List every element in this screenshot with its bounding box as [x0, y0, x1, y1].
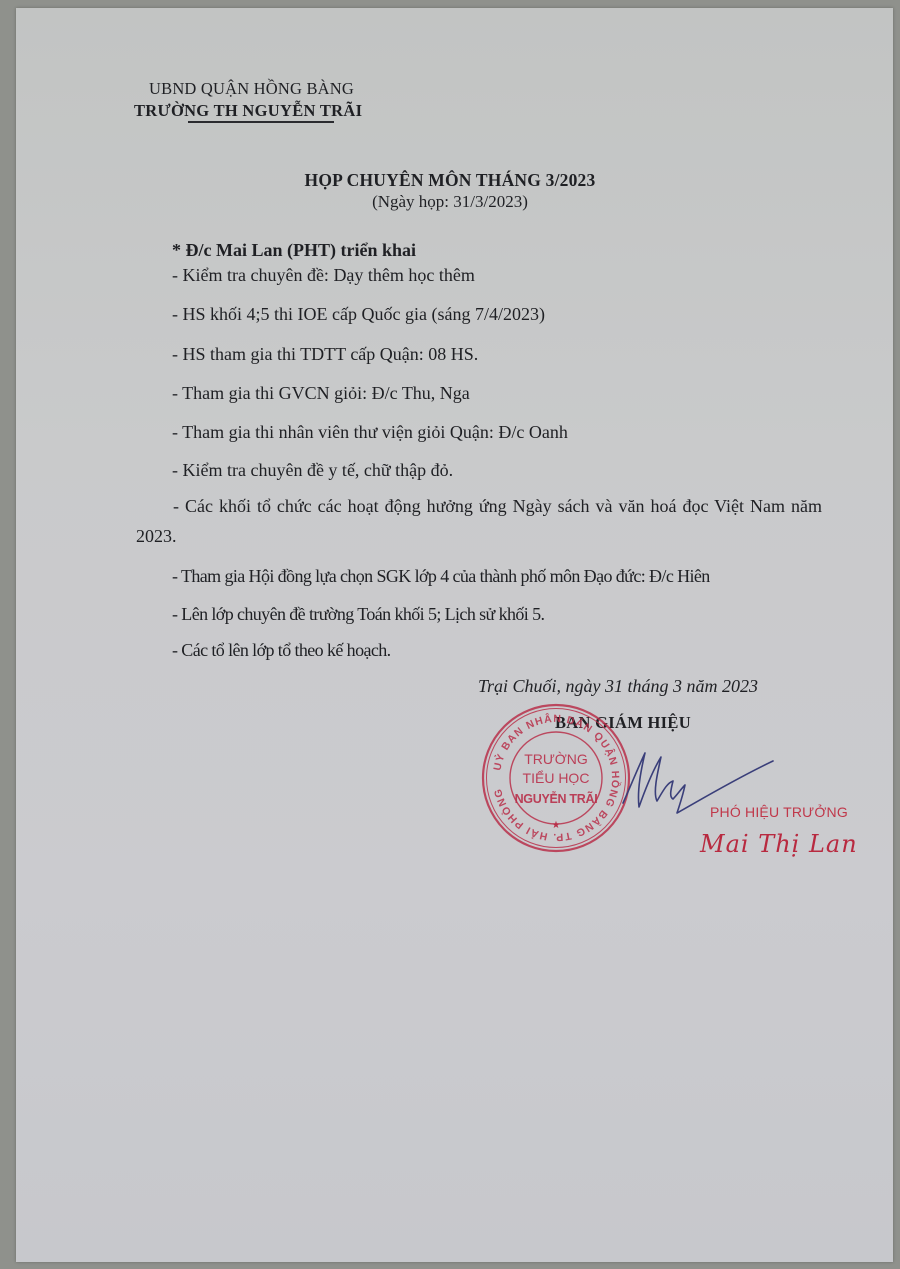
list-item: - Tham gia Hội đồng lựa chọn SGK lớp 4 c…	[172, 566, 710, 587]
meeting-date: (Ngày họp: 31/3/2023)	[0, 192, 900, 212]
list-item: - HS tham gia thi TDTT cấp Quận: 08 HS.	[172, 344, 478, 365]
school-name: TRƯỜNG TH NGUYỄN TRÃI	[134, 101, 362, 121]
school-name-underline	[188, 121, 334, 123]
section-heading: * Đ/c Mai Lan (PHT) triển khai	[172, 240, 416, 261]
signer-name: Mai Thị Lan	[700, 830, 858, 858]
list-item: - Tham gia thi GVCN giỏi: Đ/c Thu, Nga	[172, 383, 470, 404]
list-item: - Kiểm tra chuyên đề: Dạy thêm học thêm	[172, 265, 475, 286]
seal-line-2: TIỂU HỌC	[523, 769, 590, 786]
seal-line-1: TRƯỜNG	[524, 751, 588, 767]
signer-role: PHÓ HIỆU TRƯỞNG	[710, 804, 848, 820]
list-item: - HS khối 4;5 thi IOE cấp Quốc gia (sáng…	[172, 304, 545, 325]
list-item: - Lên lớp chuyên đề trường Toán khối 5; …	[172, 604, 544, 625]
issuing-agency: UBND QUẬN HỒNG BÀNG	[149, 79, 354, 99]
seal-star: ★	[552, 820, 561, 831]
list-item: - Các khối tổ chức các hoạt động hưởng ứ…	[136, 491, 822, 551]
seal-line-3: NGUYỄN TRÃI	[515, 791, 598, 806]
document-title: HỌP CHUYÊN MÔN THÁNG 3/2023	[0, 170, 900, 191]
list-item: - Các tổ lên lớp tổ theo kế hoạch.	[172, 640, 391, 661]
list-item: - Tham gia thi nhân viên thư viện giỏi Q…	[172, 422, 568, 443]
place-and-date: Trại Chuối, ngày 31 tháng 3 năm 2023	[478, 676, 758, 697]
school-seal-icon: UỶ BAN NHÂN DÂN QUẬN HỒNG BÀNG TP. HẢI P…	[478, 700, 634, 856]
list-item: - Kiểm tra chuyên đề y tế, chữ thập đỏ.	[172, 460, 453, 481]
